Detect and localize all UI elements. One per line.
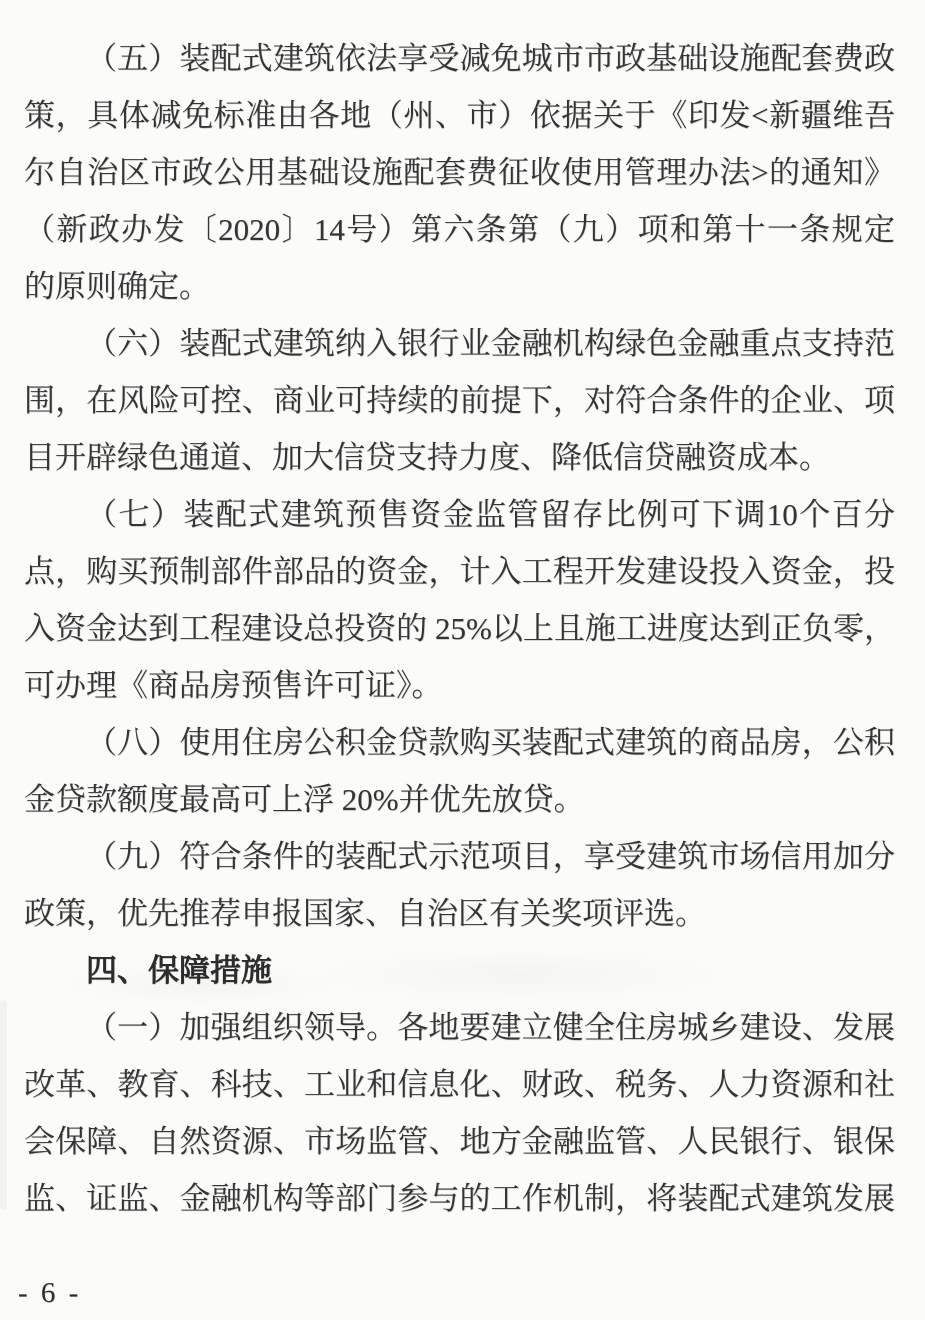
text-line: 策，具体减免标准由各地（州、市）依据关于《印发<新疆维吾 [24,87,895,144]
text-line: （八）使用住房公积金贷款购买装配式建筑的商品房，公积 [24,714,895,771]
text-line: 目开辟绿色通道、加大信贷支持力度、降低信贷融资成本。 [24,429,895,486]
text-line: （新政办发〔2020〕14号）第六条第（九）项和第十一条规定 [24,201,895,258]
text-line: 点，购买预制部件部品的资金，计入工程开发建设投入资金，投 [24,543,895,600]
text-line: 入资金达到工程建设总投资的 25%以上且施工进度达到正负零， [24,600,895,657]
paragraph: （八）使用住房公积金贷款购买装配式建筑的商品房，公积金贷款额度最高可上浮 20%… [24,714,895,828]
paragraph: （六）装配式建筑纳入银行业金融机构绿色金融重点支持范围，在风险可控、商业可持续的… [24,315,895,486]
section-heading: 四、保障措施 [24,942,895,999]
text-line: 的原则确定。 [24,258,895,315]
text-line: 监、证监、金融机构等部门参与的工作机制，将装配式建筑发展 [24,1170,895,1227]
text-line: （七）装配式建筑预售资金监管留存比例可下调10个百分 [24,486,895,543]
text-line: 尔自治区市政公用基础设施配套费征收使用管理办法>的通知》 [24,144,895,201]
text-line: 四、保障措施 [24,942,895,999]
text-line: 可办理《商品房预售许可证》。 [24,657,895,714]
text-line: 围，在风险可控、商业可持续的前提下，对符合条件的企业、项 [24,372,895,429]
text-line: 政策，优先推荐申报国家、自治区有关奖项评选。 [24,885,895,942]
text-line: （一）加强组织领导。各地要建立健全住房城乡建设、发展 [24,999,895,1056]
paragraph: （七）装配式建筑预售资金监管留存比例可下调10个百分点，购买预制部件部品的资金，… [24,486,895,714]
page-number: - 6 - [18,1277,78,1310]
document-body: （五）装配式建筑依法享受减免城市市政基础设施配套费政策，具体减免标准由各地（州、… [24,30,895,1227]
text-line: （六）装配式建筑纳入银行业金融机构绿色金融重点支持范 [24,315,895,372]
text-line: 改革、教育、科技、工业和信息化、财政、税务、人力资源和社 [24,1056,895,1113]
text-line: （九）符合条件的装配式示范项目，享受建筑市场信用加分 [24,828,895,885]
paragraph: （五）装配式建筑依法享受减免城市市政基础设施配套费政策，具体减免标准由各地（州、… [24,30,895,315]
text-line: （五）装配式建筑依法享受减免城市市政基础设施配套费政 [24,30,895,87]
paragraph: （一）加强组织领导。各地要建立健全住房城乡建设、发展改革、教育、科技、工业和信息… [24,999,895,1227]
text-line: 金贷款额度最高可上浮 20%并优先放贷。 [24,771,895,828]
text-line: 会保障、自然资源、市场监管、地方金融监管、人民银行、银保 [24,1113,895,1170]
scan-artifact [0,1000,7,1210]
paragraph: （九）符合条件的装配式示范项目，享受建筑市场信用加分政策，优先推荐申报国家、自治… [24,828,895,942]
document-page: （五）装配式建筑依法享受减免城市市政基础设施配套费政策，具体减免标准由各地（州、… [0,0,925,1320]
